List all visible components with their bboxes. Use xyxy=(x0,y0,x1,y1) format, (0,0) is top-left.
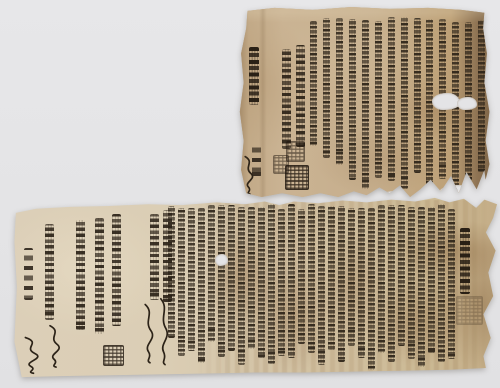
text-column-dense xyxy=(439,19,446,179)
text-column-dense xyxy=(258,207,265,358)
signature-flourish xyxy=(46,324,66,368)
paper-hole xyxy=(215,254,228,266)
text-column-dense xyxy=(426,19,433,189)
text-column-dense xyxy=(428,207,435,353)
text-column-dense xyxy=(418,207,425,367)
text-column-dense xyxy=(408,207,415,359)
text-column-title xyxy=(460,228,470,294)
text-column-dense xyxy=(338,206,345,362)
text-column-dense xyxy=(401,17,408,189)
text-column-dense xyxy=(388,205,395,362)
text-column-sign xyxy=(252,143,261,177)
text-column-dense xyxy=(375,21,382,178)
text-column-dense xyxy=(336,18,343,165)
text-column-large xyxy=(296,45,305,147)
text-column-dense xyxy=(168,206,175,338)
text-column-dense xyxy=(414,18,421,173)
manuscript-top-paper xyxy=(236,5,492,199)
seal-stamp xyxy=(285,165,309,190)
text-column-dense xyxy=(178,208,185,356)
text-column-dense xyxy=(288,204,295,358)
text-column-dense xyxy=(318,206,325,365)
text-column-dense xyxy=(308,204,315,353)
text-column-large xyxy=(112,214,121,326)
text-column-dense xyxy=(478,20,485,172)
text-column-dense xyxy=(358,208,365,358)
water-stain-streaks xyxy=(197,200,489,375)
text-column-dense xyxy=(398,205,405,346)
text-column-dense xyxy=(268,204,275,364)
text-column-dense xyxy=(298,209,305,344)
text-column-dense xyxy=(448,209,455,359)
seal-stamp xyxy=(273,155,289,174)
seal-stamp xyxy=(103,345,124,366)
text-column-dense xyxy=(238,207,245,365)
text-column-sign xyxy=(24,248,33,300)
text-column-large xyxy=(282,49,291,149)
signature-flourish xyxy=(242,155,258,195)
paper-hole xyxy=(457,97,477,110)
text-column-dense xyxy=(368,208,375,370)
text-column-dense xyxy=(465,22,472,188)
text-column-dense xyxy=(388,17,395,181)
text-column-dense xyxy=(188,208,195,351)
text-column-dense xyxy=(248,207,255,349)
text-column-dense xyxy=(198,208,205,363)
text-column-title xyxy=(249,47,259,105)
text-column-large xyxy=(76,220,85,330)
paper-hole xyxy=(432,93,460,110)
manuscript-bottom xyxy=(12,196,498,378)
text-column-dense xyxy=(228,205,235,351)
signature-flourish xyxy=(142,302,158,364)
text-column-dense xyxy=(378,205,385,353)
text-column-large xyxy=(95,218,104,334)
text-column-dense xyxy=(452,22,459,193)
text-column-dense xyxy=(362,20,369,189)
manuscript-bottom-paper xyxy=(12,196,498,378)
text-column-dense xyxy=(349,19,356,180)
text-column-dense xyxy=(310,21,317,146)
text-column-dense xyxy=(208,205,215,342)
text-column-dense xyxy=(328,206,335,350)
text-column-dense xyxy=(278,209,285,356)
photo-backdrop xyxy=(0,0,500,388)
seal-stamp xyxy=(456,296,483,325)
seal-stamp xyxy=(286,141,305,162)
text-column-large xyxy=(150,214,159,300)
text-column-large xyxy=(163,210,172,302)
text-column-dense xyxy=(218,205,225,357)
text-column-dense xyxy=(348,208,355,346)
text-column-large xyxy=(45,224,54,320)
text-column-dense xyxy=(438,204,445,362)
manuscript-top xyxy=(236,5,492,199)
signature-flourish xyxy=(158,296,172,366)
signature-flourish xyxy=(20,336,47,374)
text-column-dense xyxy=(323,18,330,158)
